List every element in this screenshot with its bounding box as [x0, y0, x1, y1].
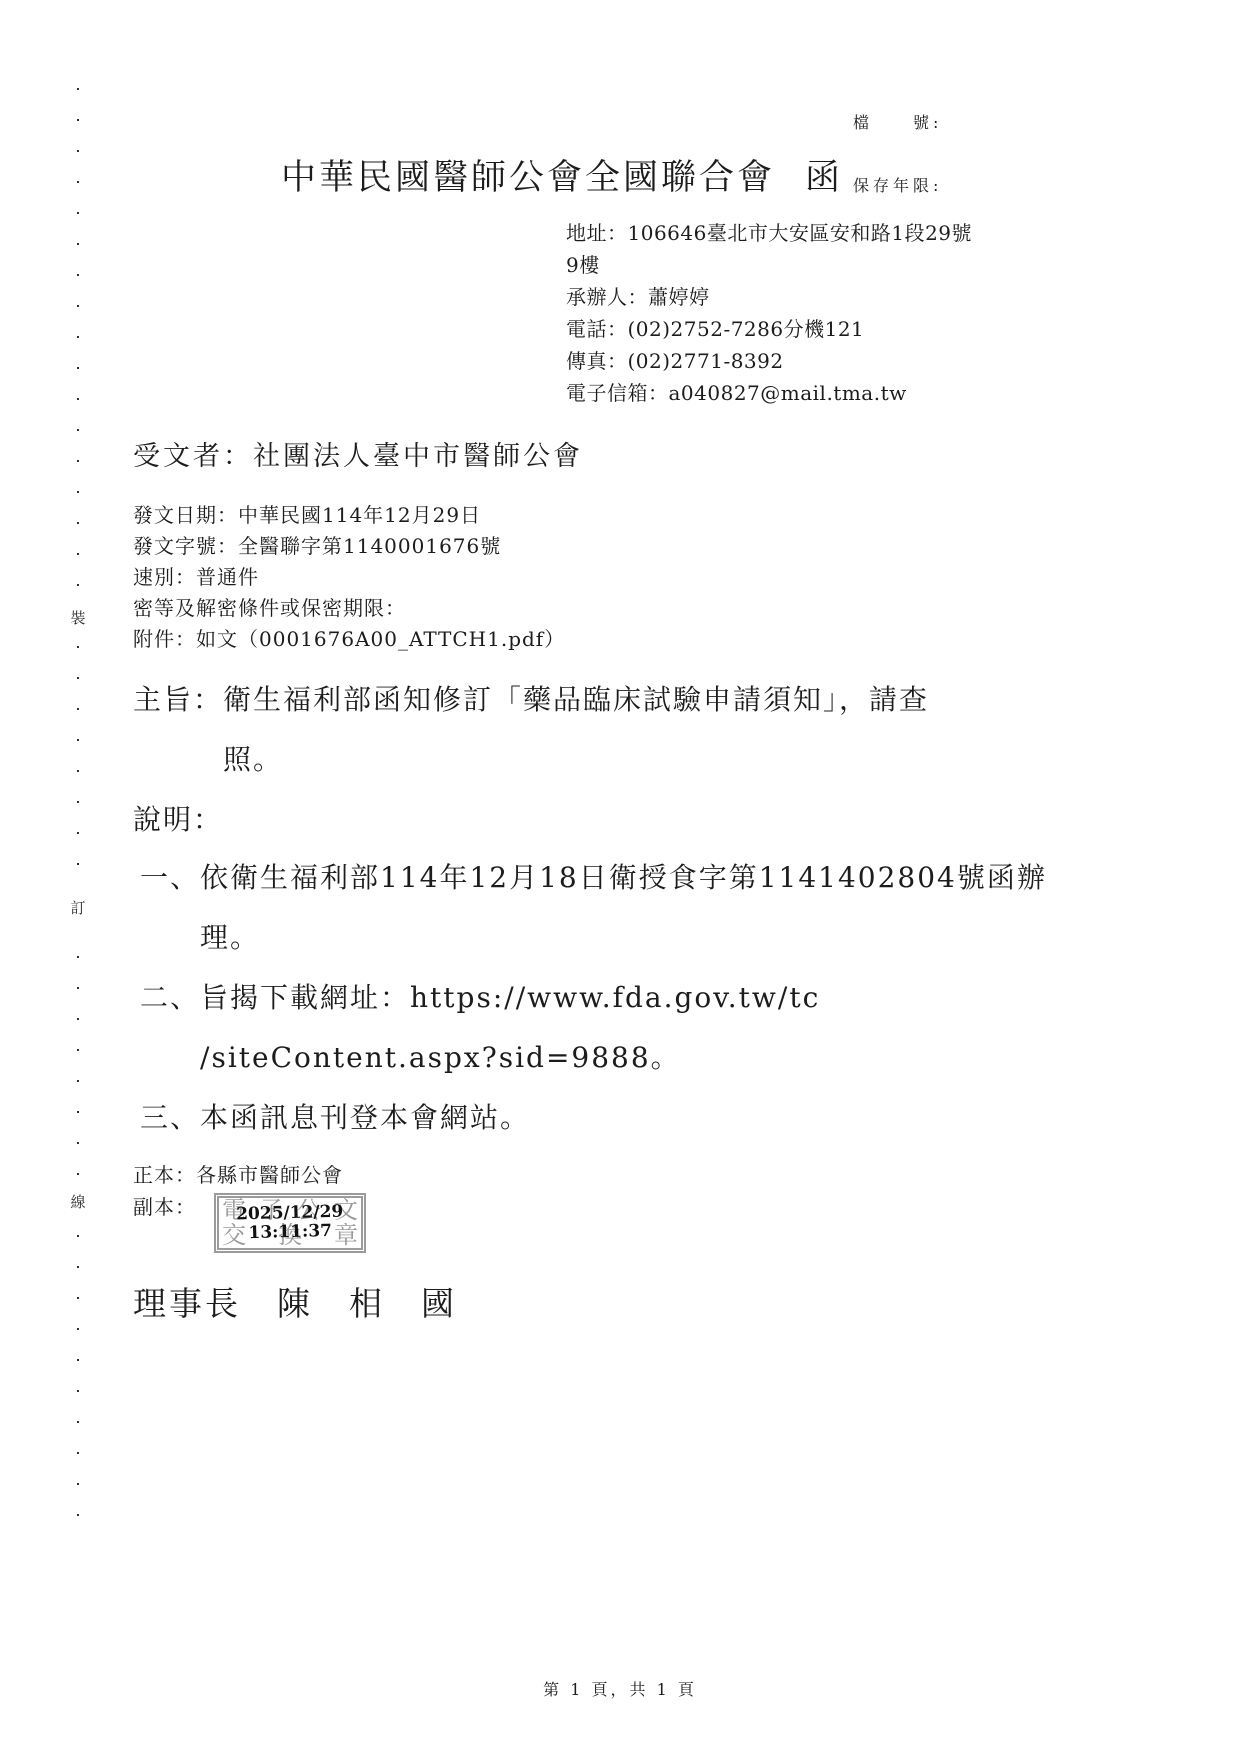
item-text-line: /siteContent.aspx?sid=9888。	[200, 1028, 820, 1088]
item-text-line: 理。	[200, 908, 1047, 968]
recipient-line: 受文者：社團法人臺中市醫師公會	[133, 434, 583, 473]
description-item-1: 一、 依衛生福利部114年12月18日衛授食字第1141402804號函辦 理。	[140, 848, 1047, 968]
electronic-exchange-stamp: 電子公文 交換章 2025/12/29 13:11:37	[214, 1193, 366, 1253]
document-number-line: 發文字號：全醫聯字第1140001676號	[133, 531, 565, 562]
item-text-line: 依衛生福利部114年12月18日衛授食字第1141402804號函辦	[200, 848, 1047, 908]
chairman-signature: 理事長 陳 相 國	[133, 1278, 457, 1325]
item-number: 三、	[140, 1088, 200, 1148]
item-text: 依衛生福利部114年12月18日衛授食字第1141402804號函辦 理。	[200, 848, 1047, 968]
item-text: 旨揭下載網址：https://www.fda.gov.tw/tc /siteCo…	[200, 968, 820, 1088]
document-title: 中華民國醫師公會全國聯合會函	[0, 150, 1124, 200]
stamp-time: 13:11:37	[219, 1221, 361, 1244]
issue-date-line: 發文日期：中華民國114年12月29日	[133, 500, 565, 531]
description-item-2: 二、 旨揭下載網址：https://www.fda.gov.tw/tc /sit…	[140, 968, 1047, 1088]
speed-class-line: 速別：普通件	[133, 562, 565, 593]
subject-text: 衛生福利部函知修訂「藥品臨床試驗申請須知」，請查 照。	[223, 670, 929, 790]
attachment-line: 附件：如文（0001676A00_ATTCH1.pdf）	[133, 624, 565, 655]
description-items: 一、 依衛生福利部114年12月18日衛授食字第1141402804號函辦 理。…	[140, 848, 1047, 1148]
sender-phone: 電話：(02)2752-7286分機121	[566, 313, 972, 345]
original-recipients-line: 正本：各縣市醫師公會	[133, 1159, 343, 1191]
sender-address-line1: 地址：106646臺北市大安區安和路1段29號	[566, 217, 972, 249]
page-number-footer: 第 1 頁，共 1 頁	[0, 1677, 1240, 1700]
sender-email: 電子信箱：a040827@mail.tma.tw	[566, 377, 972, 409]
security-class-line: 密等及解密條件或保密期限：	[133, 593, 565, 624]
binding-dotted-line	[77, 88, 79, 1520]
file-number-label: 檔 號:	[853, 112, 942, 133]
document-type-label: 函	[805, 158, 843, 198]
stamp-datetime: 2025/12/29 13:11:37	[218, 1196, 361, 1250]
description-item-3: 三、 本函訊息刊登本會網站。	[140, 1088, 1047, 1148]
subject-section: 主旨： 衛生福利部函知修訂「藥品臨床試驗申請須知」，請查 照。	[133, 670, 929, 790]
margin-char-binding: 裝	[68, 598, 88, 637]
sender-fax: 傳真：(02)2771-8392	[566, 345, 972, 377]
issuing-org-name: 中華民國醫師公會全國聯合會	[281, 158, 775, 198]
margin-char-line: 線	[68, 1182, 88, 1221]
official-letter-page: 裝 訂 線 檔 號: 保存年限: 中華民國醫師公會全國聯合會函 地址：10664…	[0, 0, 1240, 1754]
item-number: 二、	[140, 968, 200, 1028]
item-text: 本函訊息刊登本會網站。	[200, 1088, 530, 1148]
item-number: 一、	[140, 848, 200, 908]
sender-info-block: 地址：106646臺北市大安區安和路1段29號 9樓 承辦人：蕭婷婷 電話：(0…	[566, 217, 972, 409]
margin-char-staple: 訂	[68, 888, 88, 927]
subject-text-line1: 衛生福利部函知修訂「藥品臨床試驗申請須知」，請查	[223, 670, 929, 730]
sender-contact-person: 承辦人：蕭婷婷	[566, 281, 972, 313]
item-text-line: 旨揭下載網址：https://www.fda.gov.tw/tc	[200, 968, 820, 1028]
subject-label: 主旨：	[133, 670, 223, 730]
description-label: 說明：	[133, 790, 223, 850]
subject-text-line2: 照。	[223, 730, 929, 790]
sender-address-line2: 9樓	[566, 249, 972, 281]
document-meta-block: 發文日期：中華民國114年12月29日 發文字號：全醫聯字第1140001676…	[133, 500, 565, 655]
item-text-line: 本函訊息刊登本會網站。	[200, 1088, 530, 1148]
